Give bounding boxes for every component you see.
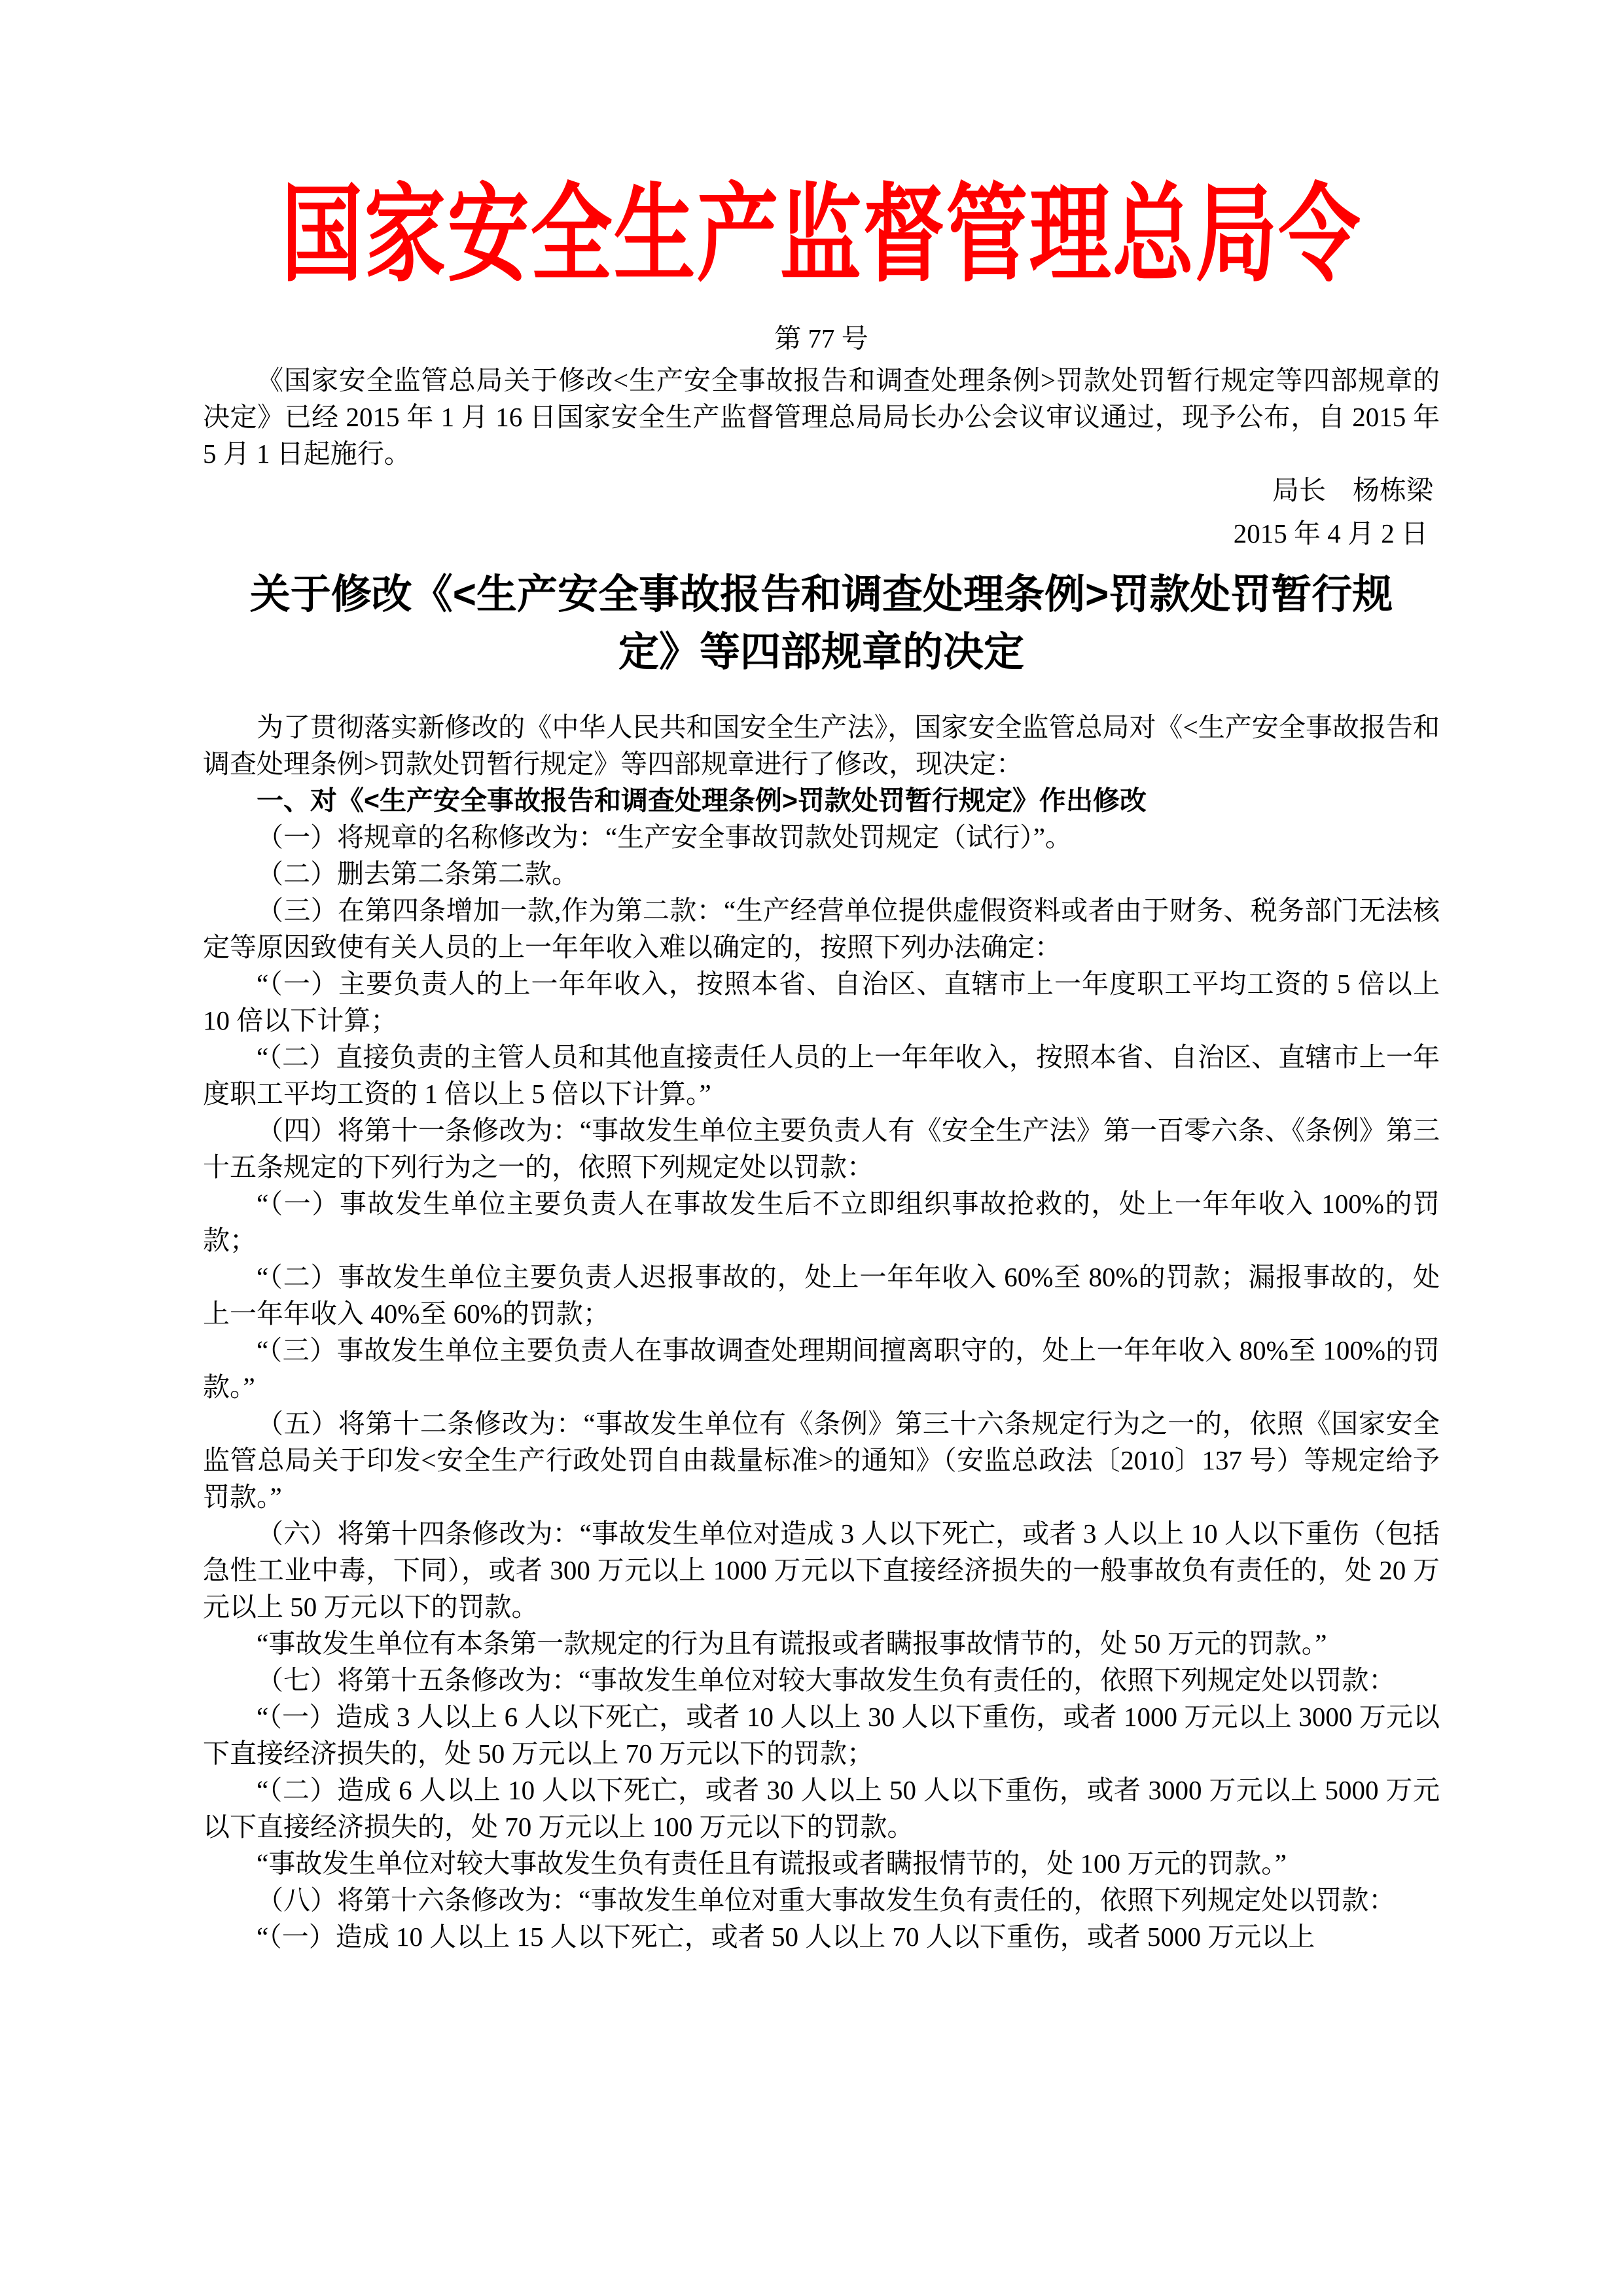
body-paragraph: “事故发生单位有本条第一款规定的行为且有谎报或者瞒报事故情节的，处 50 万元的… xyxy=(203,1625,1440,1662)
body-paragraph: （六）将第十四条修改为：“事故发生单位对造成 3 人以下死亡，或者 3 人以上 … xyxy=(203,1515,1440,1625)
body-paragraph: （五）将第十二条修改为：“事故发生单位有《条例》第三十六条规定行为之一的，依照《… xyxy=(203,1405,1440,1515)
body-paragraph: “（二）造成 6 人以上 10 人以下死亡，或者 30 人以上 50 人以下重伤… xyxy=(203,1772,1440,1845)
body-paragraph: （八）将第十六条修改为：“事故发生单位对重大事故发生负有责任的，依照下列规定处以… xyxy=(203,1882,1440,1918)
body-paragraph: （四）将第十一条修改为：“事故发生单位主要负责人有《安全生产法》第一百零六条、《… xyxy=(203,1112,1440,1185)
body-paragraph: “（二）直接负责的主管人员和其他直接责任人员的上一年年收入，按照本省、自治区、直… xyxy=(203,1039,1440,1112)
body-paragraph: “（二）事故发生单位主要负责人迟报事故的，处上一年年收入 60%至 80%的罚款… xyxy=(203,1259,1440,1332)
decision-body: 为了贯彻落实新修改的《中华人民共和国安全生产法》，国家安全监管总局对《<生产安全… xyxy=(203,709,1440,1955)
body-paragraph: “（一）造成 3 人以上 6 人以下死亡，或者 10 人以上 30 人以下重伤，… xyxy=(203,1698,1440,1772)
signature-name: 局长 杨栋梁 xyxy=(203,472,1440,509)
decree-number: 第 77 号 xyxy=(203,320,1440,357)
document-content: 国家安全生产监督管理总局令 第 77 号 《国家安全监管总局关于修改<生产安全事… xyxy=(203,169,1440,1955)
body-paragraph: “（一）事故发生单位主要负责人在事故发生后不立即组织事故抢救的，处上一年年收入 … xyxy=(203,1185,1440,1259)
body-paragraph: （三）在第四条增加一款,作为第二款：“生产经营单位提供虚假资料或者由于财务、税务… xyxy=(203,892,1440,965)
decision-heading: 关于修改《<生产安全事故报告和调查处理条例>罚款处罚暂行规定》等四部规章的决定 xyxy=(245,566,1397,681)
body-paragraph: （二）删去第二条第二款。 xyxy=(203,855,1440,892)
body-paragraph: “事故发生单位对较大事故发生负有责任且有谎报或者瞒报情节的，处 100 万元的罚… xyxy=(203,1845,1440,1882)
signature-date: 2015 年 4 月 2 日 xyxy=(203,515,1440,552)
body-paragraph: （七）将第十五条修改为：“事故发生单位对较大事故发生负有责任的，依照下列规定处以… xyxy=(203,1662,1440,1698)
body-paragraph: “（一）造成 10 人以上 15 人以下死亡，或者 50 人以上 70 人以下重… xyxy=(203,1918,1440,1955)
body-paragraph: 为了贯彻落实新修改的《中华人民共和国安全生产法》，国家安全监管总局对《<生产安全… xyxy=(203,709,1440,782)
body-paragraph: （一）将规章的名称修改为：“生产安全事故罚款处罚规定（试行）”。 xyxy=(203,819,1440,855)
preamble-paragraph: 《国家安全监管总局关于修改<生产安全事故报告和调查处理条例>罚款处罚暂行规定等四… xyxy=(203,362,1440,472)
document-page: 国家安全生产监督管理总局令 第 77 号 《国家安全监管总局关于修改<生产安全事… xyxy=(0,0,1623,2296)
decree-title: 国家安全生产监督管理总局令 xyxy=(203,158,1440,315)
body-paragraph: 一、对《<生产安全事故报告和调查处理条例>罚款处罚暂行规定》作出修改 xyxy=(203,782,1440,819)
body-paragraph: “（三）事故发生单位主要负责人在事故调查处理期间擅离职守的，处上一年年收入 80… xyxy=(203,1332,1440,1405)
body-paragraph: “（一）主要负责人的上一年年收入，按照本省、自治区、直辖市上一年度职工平均工资的… xyxy=(203,965,1440,1039)
